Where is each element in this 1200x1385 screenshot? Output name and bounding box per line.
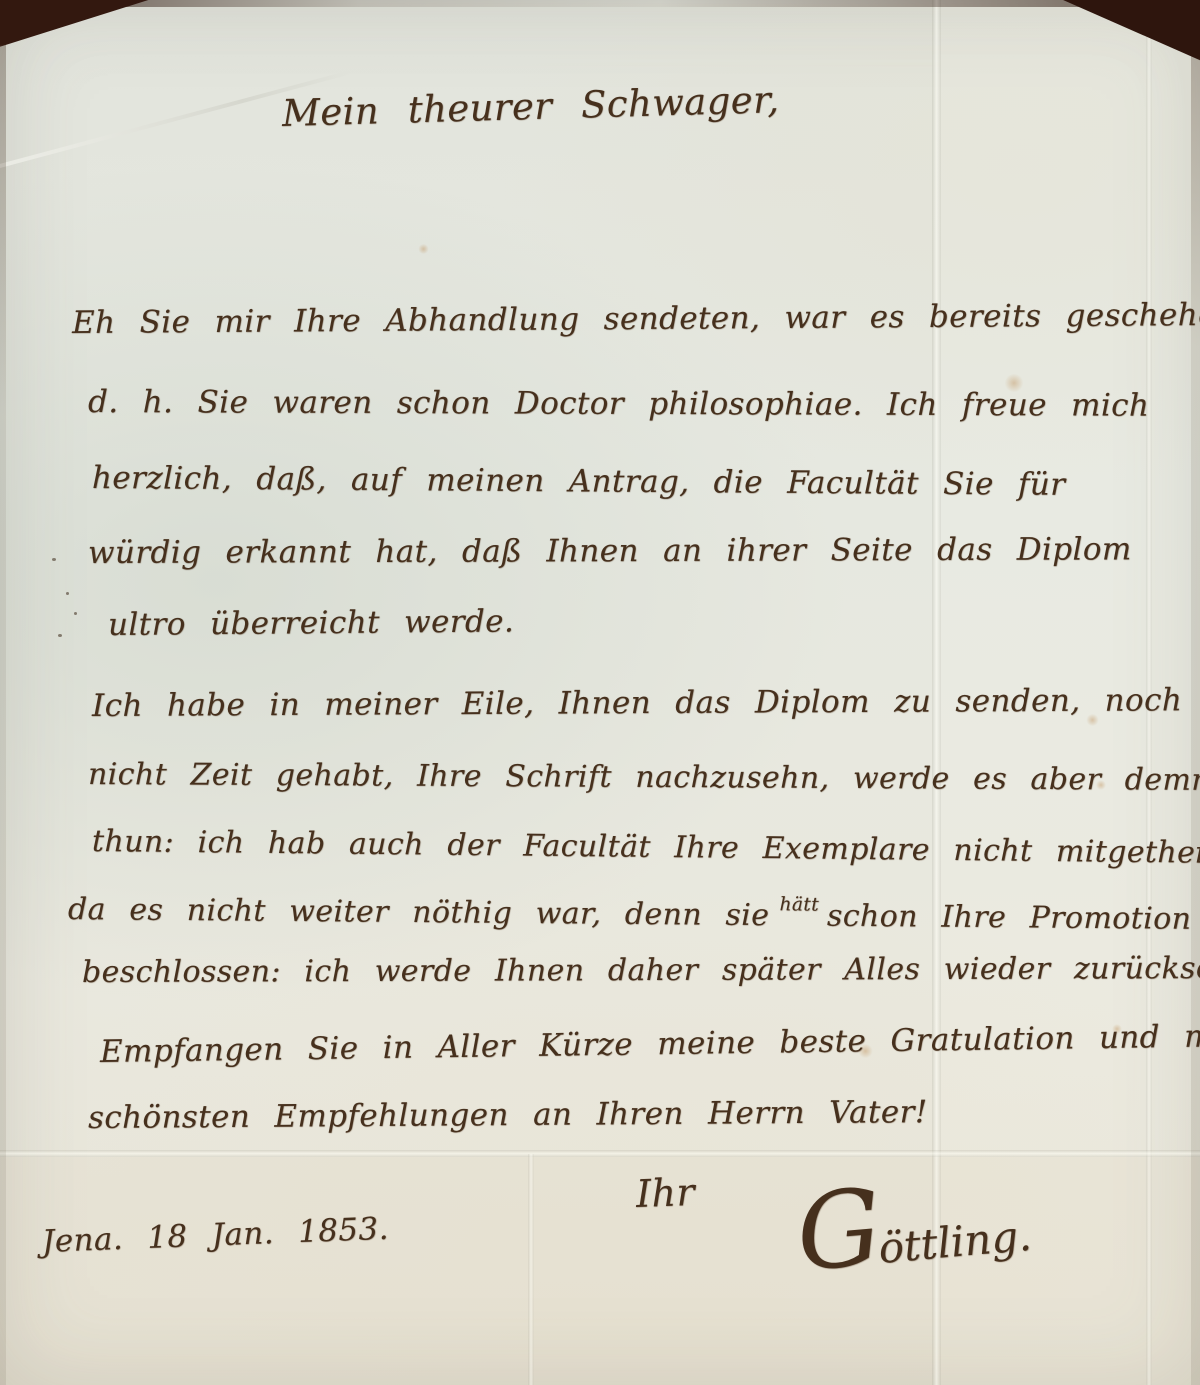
ink-speck	[66, 592, 69, 595]
ink-speck	[58, 634, 62, 637]
body-line: herzlich, daß, auf meinen Antrag, die Fa…	[92, 460, 1066, 503]
body-line-segment: da es nicht weiter nöthig war, denn sie	[68, 892, 770, 933]
foxing-spot	[418, 244, 429, 254]
interlinear-insertion: hätt	[779, 894, 819, 915]
body-line: Ich habe in meiner Eile, Ihnen das Diplo…	[92, 682, 1182, 724]
photo-right-edge-shadow	[1191, 0, 1200, 1385]
salutation: Mein theurer Schwager,	[281, 78, 779, 135]
ink-speck	[52, 558, 56, 561]
dark-backing-corner-top-left	[0, 0, 161, 48]
body-line: ultro überreicht werde.	[108, 603, 515, 643]
body-line: würdig erkannt hat, daß Ihnen an ihrer S…	[88, 531, 1132, 571]
photo-left-edge-shadow	[0, 0, 6, 1385]
ink-speck	[74, 612, 77, 615]
body-line-segment: schon Ihre Promotion	[827, 899, 1192, 937]
body-line: schönsten Empfehlungen an Ihren Herrn Va…	[88, 1094, 928, 1136]
photo-top-edge-shadow	[0, 0, 1200, 7]
body-line: beschlossen: ich werde Ihnen daher späte…	[82, 951, 1200, 990]
body-line: nicht Zeit gehabt, Ihre Schrift nachzuse…	[88, 757, 1200, 798]
body-line: d. h. Sie waren schon Doctor philosophia…	[88, 384, 1149, 424]
letter-photograph: Mein theurer Schwager, Eh Sie mir Ihre A…	[0, 0, 1200, 1385]
closing-word: Ihr	[635, 1170, 695, 1216]
